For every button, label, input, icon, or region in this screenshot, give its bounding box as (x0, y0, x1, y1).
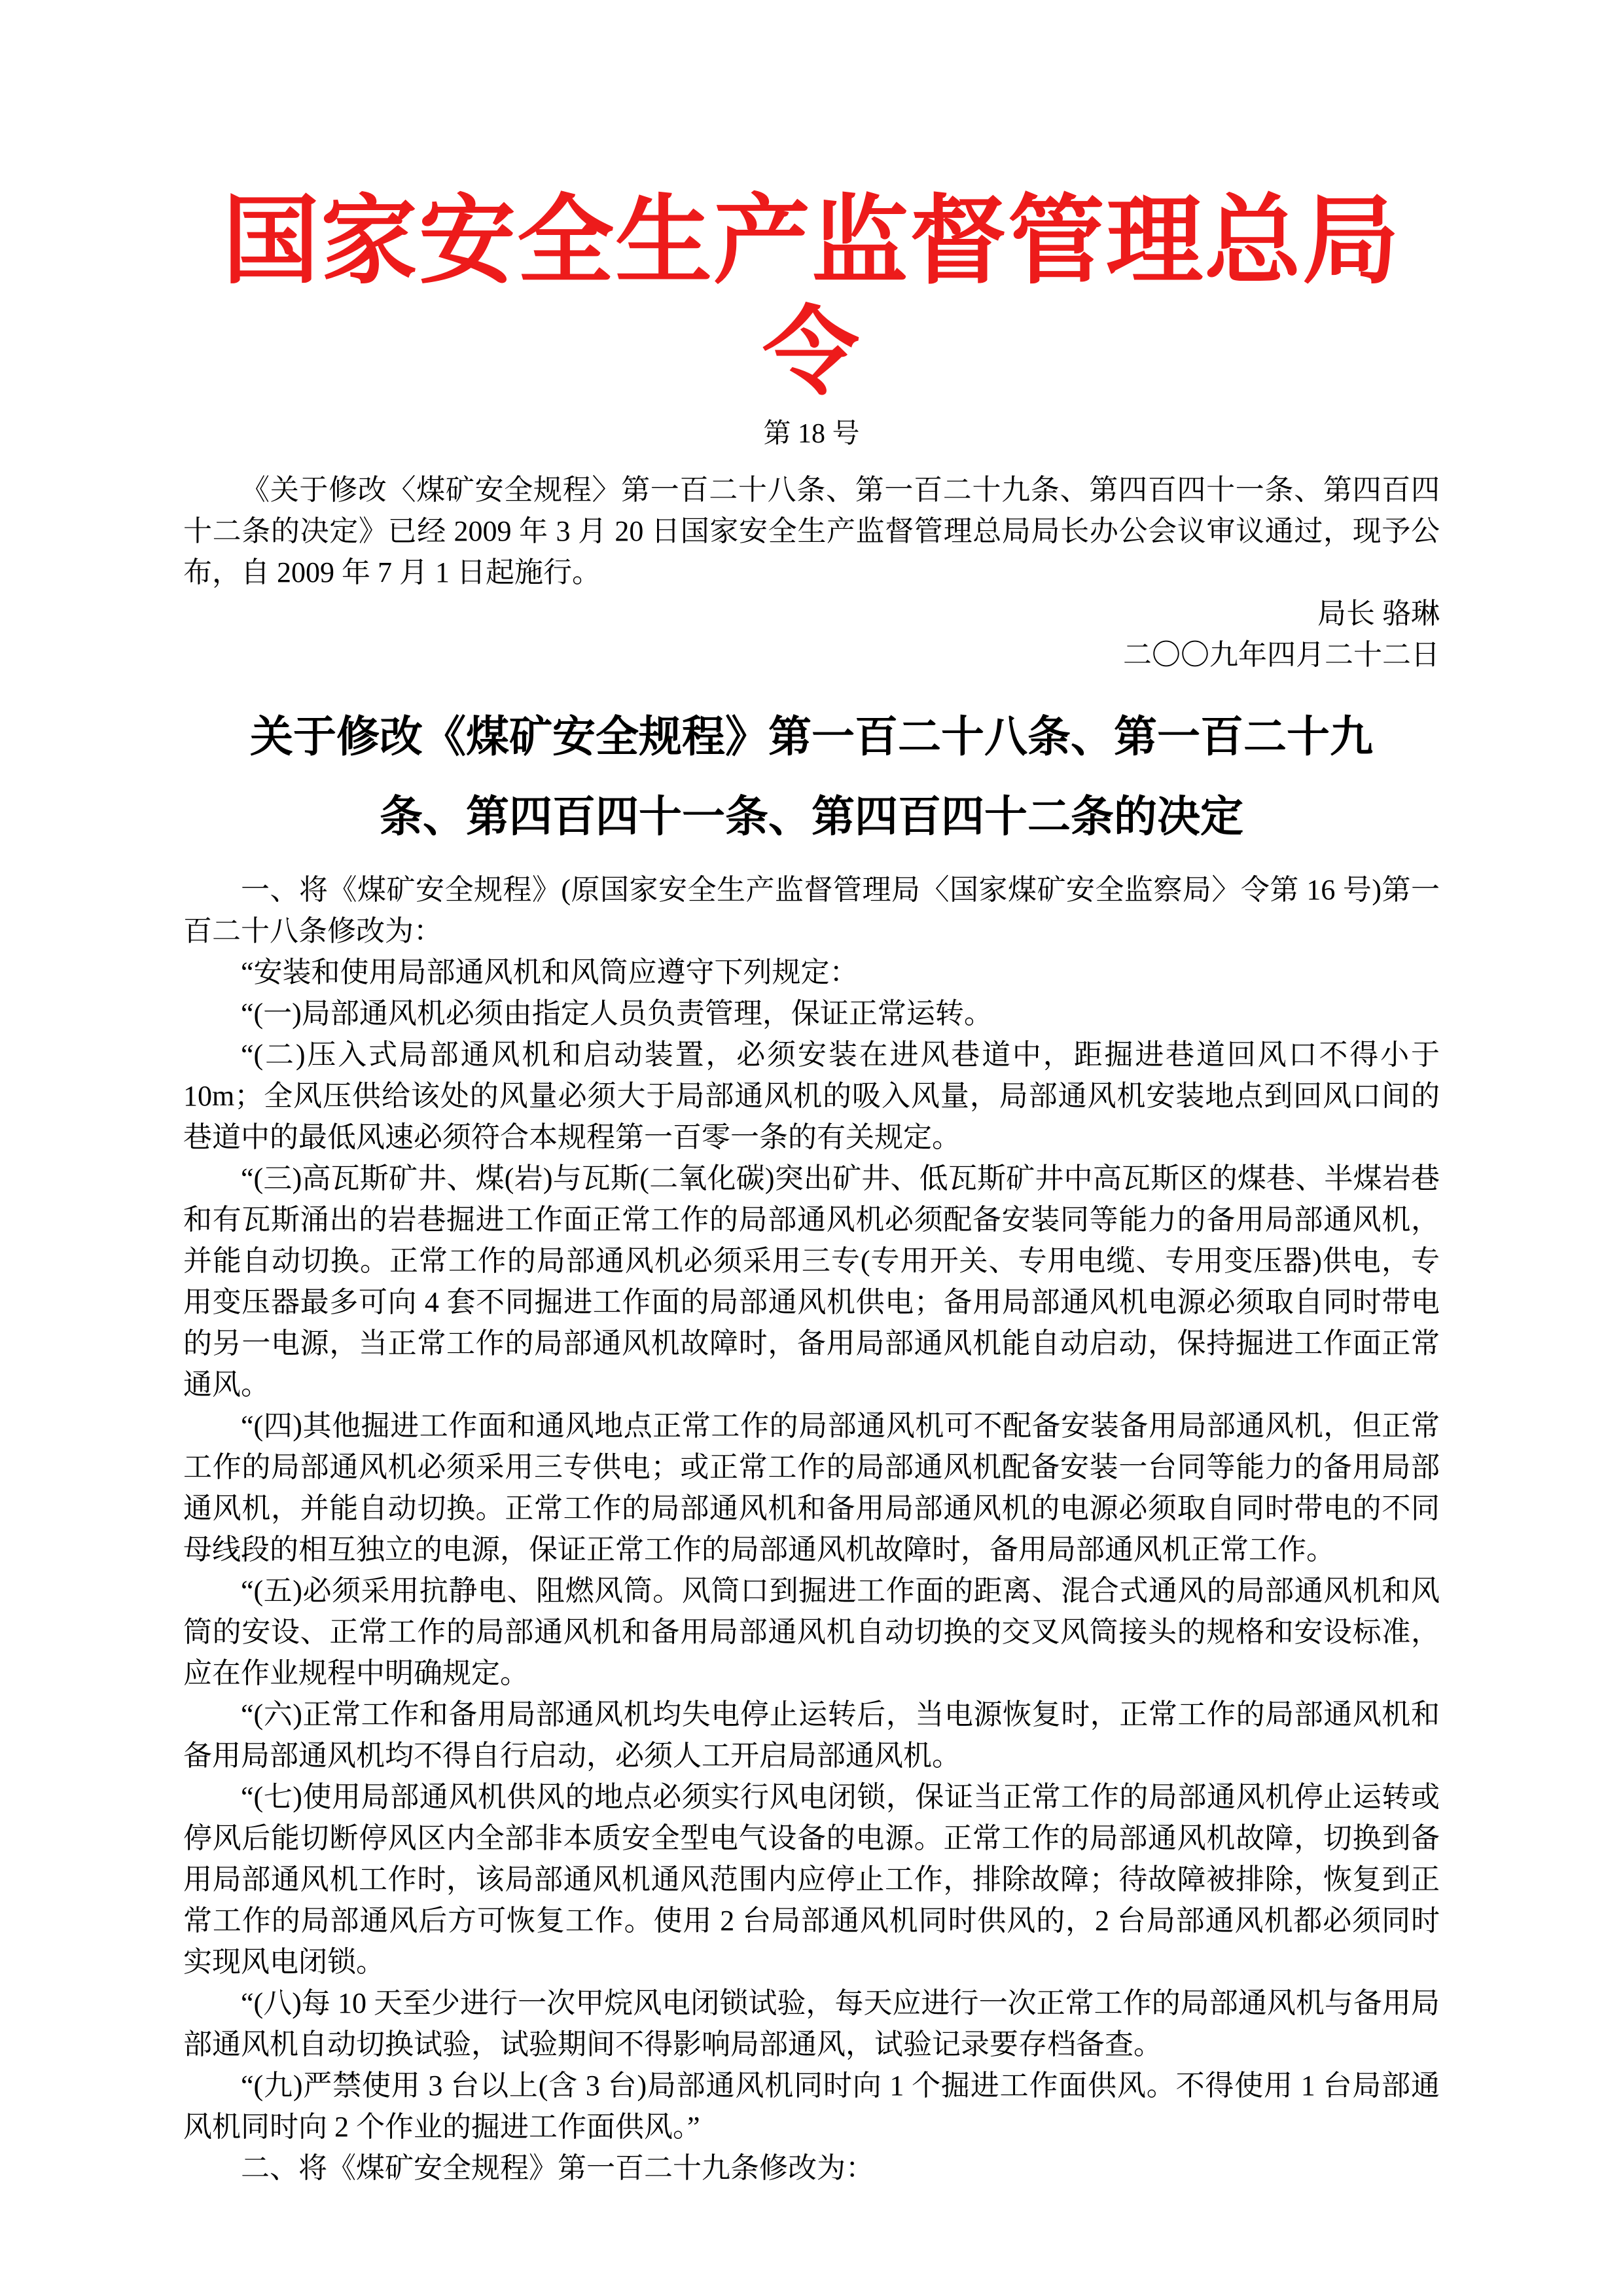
decision-body: 一、将《煤矿安全规程》(原国家安全生产监督管理局〈国家煤矿安全监察局〉令第 16… (183, 869, 1440, 2189)
decision-title-line-1: 关于修改《煤矿安全规程》第一百二十八条、第一百二十九 (183, 696, 1440, 776)
paragraph-2: “安装和使用局部通风机和风筒应遵守下列规定： (183, 952, 1440, 993)
paragraph-1: 一、将《煤矿安全规程》(原国家安全生产监督管理局〈国家煤矿安全监察局〉令第 16… (183, 869, 1440, 952)
paragraph-9: “(七)使用局部通风机供风的地点必须实行风电闭锁，保证当正常工作的局部通风机停止… (183, 1776, 1440, 1982)
paragraph-5: “(三)高瓦斯矿井、煤(岩)与瓦斯(二氧化碳)突出矿井、低瓦斯矿井中高瓦斯区的煤… (183, 1158, 1440, 1405)
order-title: 国家安全生产监督管理总局令 (183, 187, 1440, 409)
decision-title-line-2: 条、第四百四十一条、第四百四十二条的决定 (183, 776, 1440, 856)
paragraph-11: “(九)严禁使用 3 台以上(含 3 台)局部通风机同时向 1 个掘进工作面供风… (183, 2065, 1440, 2147)
order-number: 第 18 号 (183, 414, 1440, 454)
paragraph-8: “(六)正常工作和备用局部通风机均失电停止运转后，当电源恢复时，正常工作的局部通… (183, 1694, 1440, 1776)
decision-title: 关于修改《煤矿安全规程》第一百二十八条、第一百二十九 条、第四百四十一条、第四百… (183, 696, 1440, 856)
signatory-line: 局长 骆琳 (183, 593, 1440, 634)
paragraph-12: 二、将《煤矿安全规程》第一百二十九条修改为： (183, 2147, 1440, 2189)
document-page: 国家安全生产监督管理总局令 第 18 号 《关于修改〈煤矿安全规程〉第一百二十八… (0, 0, 1623, 2296)
paragraph-7: “(五)必须采用抗静电、阻燃风筒。风筒口到掘进工作面的距离、混合式通风的局部通风… (183, 1570, 1440, 1694)
paragraph-10: “(八)每 10 天至少进行一次甲烷风电闭锁试验，每天应进行一次正常工作的局部通… (183, 1982, 1440, 2065)
paragraph-6: “(四)其他掘进工作面和通风地点正常工作的局部通风机可不配备安装备用局部通风机，… (183, 1405, 1440, 1570)
paragraph-3: “(一)局部通风机必须由指定人员负责管理，保证正常运转。 (183, 993, 1440, 1034)
date-line: 二〇〇九年四月二十二日 (183, 634, 1440, 675)
preamble-paragraph: 《关于修改〈煤矿安全规程〉第一百二十八条、第一百二十九条、第四百四十一条、第四百… (183, 469, 1440, 593)
paragraph-4: “(二)压入式局部通风机和启动装置，必须安装在进风巷道中，距掘进巷道回风口不得小… (183, 1034, 1440, 1158)
